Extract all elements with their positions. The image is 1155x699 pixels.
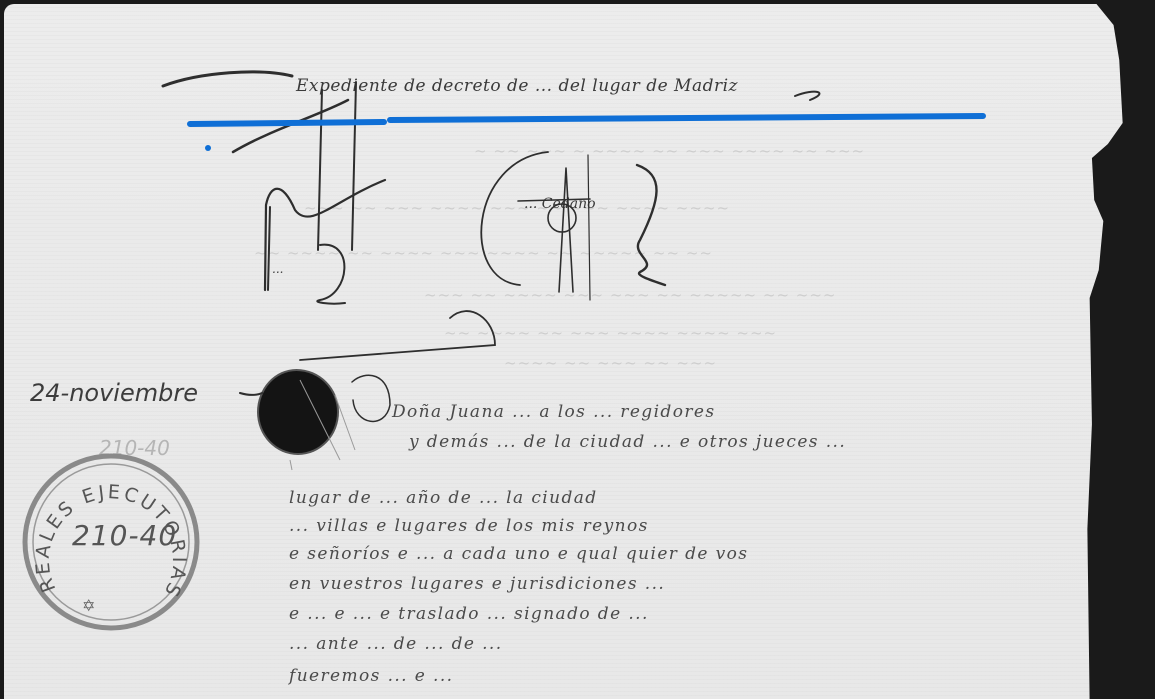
- annotation-line-segment: [190, 122, 384, 124]
- annotation-line-segment: [390, 116, 983, 120]
- annotation-point: [205, 145, 211, 151]
- annotation-overlay: [0, 0, 1155, 699]
